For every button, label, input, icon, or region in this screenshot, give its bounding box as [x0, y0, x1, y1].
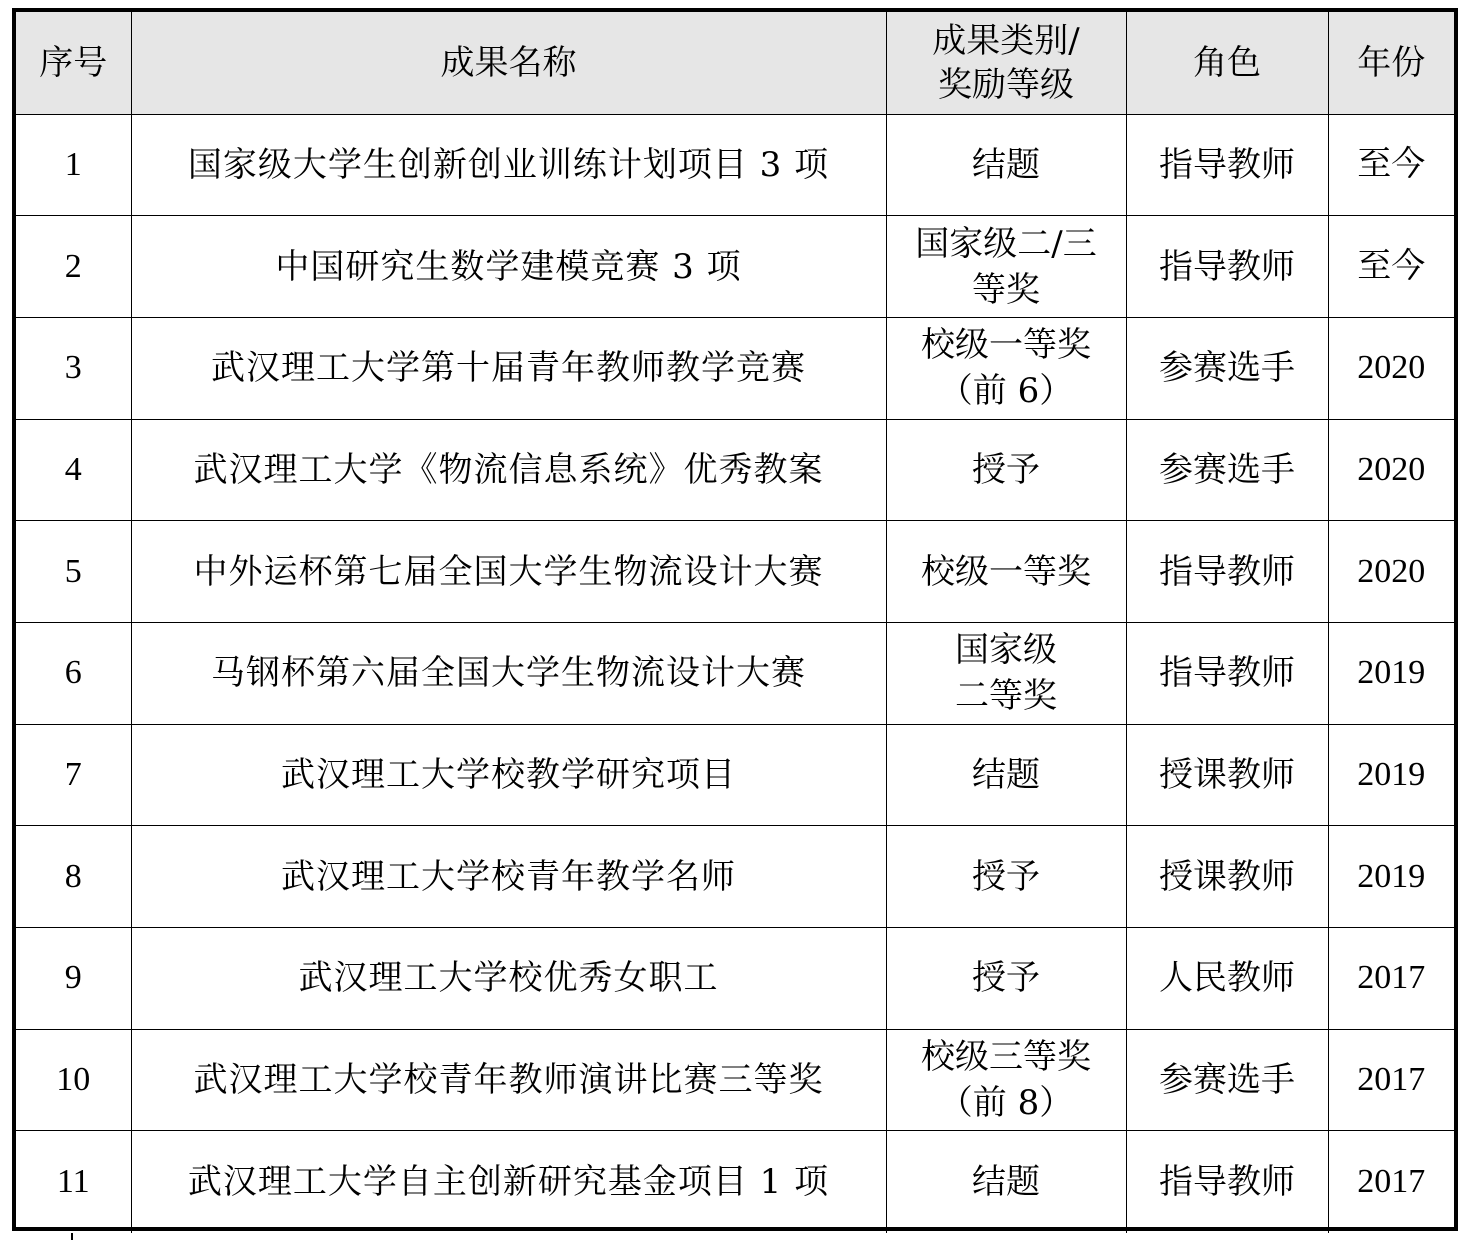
header-category-line1: 成果类别/	[891, 19, 1122, 63]
cell-year: 2020	[1328, 521, 1454, 623]
cell-year: 2019	[1328, 724, 1454, 826]
table-header-row: 序号 成果名称 成果类别/ 奖励等级 角色 年份	[16, 12, 1454, 114]
cell-name: 中外运杯第七届全国大学生物流设计大赛	[131, 521, 886, 623]
header-category-line2: 奖励等级	[891, 63, 1122, 107]
category-line: 校级一等奖	[891, 549, 1122, 595]
category-line: 等奖	[891, 267, 1122, 313]
cell-name: 武汉理工大学自主创新研究基金项目 1 项	[131, 1131, 886, 1233]
page-mark	[71, 1233, 73, 1240]
category-line: 授予	[891, 955, 1122, 1001]
cell-category: 国家级二等奖	[886, 622, 1126, 724]
cell-category: 结题	[886, 724, 1126, 826]
table-row: 6 马钢杯第六届全国大学生物流设计大赛 国家级二等奖 指导教师 2019	[16, 622, 1454, 724]
cell-category: 授予	[886, 419, 1126, 521]
header-no: 序号	[16, 12, 131, 114]
category-line: 授予	[891, 447, 1122, 493]
cell-name: 武汉理工大学校优秀女职工	[131, 928, 886, 1030]
cell-category: 校级三等奖（前 8）	[886, 1029, 1126, 1131]
cell-year: 2017	[1328, 1131, 1454, 1233]
cell-year: 2017	[1328, 928, 1454, 1030]
cell-name: 武汉理工大学第十届青年教师教学竞赛	[131, 317, 886, 419]
cell-category: 授予	[886, 826, 1126, 928]
category-line: （前 8）	[891, 1080, 1122, 1126]
header-category: 成果类别/ 奖励等级	[886, 12, 1126, 114]
header-year: 年份	[1328, 12, 1454, 114]
cell-role: 参赛选手	[1126, 419, 1328, 521]
cell-name: 中国研究生数学建模竞赛 3 项	[131, 216, 886, 318]
table-row: 9 武汉理工大学校优秀女职工 授予 人民教师 2017	[16, 928, 1454, 1030]
cell-role: 指导教师	[1126, 521, 1328, 623]
cell-no: 6	[16, 622, 131, 724]
cell-role: 参赛选手	[1126, 1029, 1328, 1131]
cell-role: 参赛选手	[1126, 317, 1328, 419]
table-row: 5 中外运杯第七届全国大学生物流设计大赛 校级一等奖 指导教师 2020	[16, 521, 1454, 623]
cell-role: 指导教师	[1126, 114, 1328, 216]
table-row: 3 武汉理工大学第十届青年教师教学竞赛 校级一等奖（前 6） 参赛选手 2020	[16, 317, 1454, 419]
table-row: 10 武汉理工大学校青年教师演讲比赛三等奖 校级三等奖（前 8） 参赛选手 20…	[16, 1029, 1454, 1131]
cell-category: 国家级二/三等奖	[886, 216, 1126, 318]
cell-name: 武汉理工大学校青年教学名师	[131, 826, 886, 928]
cell-category: 校级一等奖	[886, 521, 1126, 623]
category-line: 二等奖	[891, 673, 1122, 719]
category-line: 结题	[891, 142, 1122, 188]
table-row: 4 武汉理工大学《物流信息系统》优秀教案 授予 参赛选手 2020	[16, 419, 1454, 521]
category-line: 校级三等奖	[891, 1034, 1122, 1080]
cell-name: 武汉理工大学《物流信息系统》优秀教案	[131, 419, 886, 521]
cell-no: 11	[16, 1131, 131, 1233]
cell-year: 2019	[1328, 826, 1454, 928]
cell-no: 5	[16, 521, 131, 623]
header-name: 成果名称	[131, 12, 886, 114]
cell-role: 指导教师	[1126, 622, 1328, 724]
cell-year: 2020	[1328, 419, 1454, 521]
cell-name: 马钢杯第六届全国大学生物流设计大赛	[131, 622, 886, 724]
cell-role: 授课教师	[1126, 724, 1328, 826]
table-row: 1 国家级大学生创新创业训练计划项目 3 项 结题 指导教师 至今	[16, 114, 1454, 216]
cell-category: 结题	[886, 1131, 1126, 1233]
category-line: 国家级	[891, 627, 1122, 673]
cell-no: 8	[16, 826, 131, 928]
cell-name: 国家级大学生创新创业训练计划项目 3 项	[131, 114, 886, 216]
cell-year: 2017	[1328, 1029, 1454, 1131]
cell-year: 2020	[1328, 317, 1454, 419]
cell-name: 武汉理工大学校青年教师演讲比赛三等奖	[131, 1029, 886, 1131]
category-line: 授予	[891, 854, 1122, 900]
cell-no: 7	[16, 724, 131, 826]
cell-role: 授课教师	[1126, 826, 1328, 928]
cell-no: 1	[16, 114, 131, 216]
cell-year: 至今	[1328, 114, 1454, 216]
cell-no: 9	[16, 928, 131, 1030]
table-row: 11 武汉理工大学自主创新研究基金项目 1 项 结题 指导教师 2017	[16, 1131, 1454, 1233]
category-line: 国家级二/三	[891, 221, 1122, 267]
table-row: 2 中国研究生数学建模竞赛 3 项 国家级二/三等奖 指导教师 至今	[16, 216, 1454, 318]
cell-no: 4	[16, 419, 131, 521]
cell-no: 2	[16, 216, 131, 318]
cell-category: 授予	[886, 928, 1126, 1030]
cell-year: 至今	[1328, 216, 1454, 318]
cell-category: 结题	[886, 114, 1126, 216]
category-line: 结题	[891, 1159, 1122, 1205]
table-row: 7 武汉理工大学校教学研究项目 结题 授课教师 2019	[16, 724, 1454, 826]
table-row: 8 武汉理工大学校青年教学名师 授予 授课教师 2019	[16, 826, 1454, 928]
header-role: 角色	[1126, 12, 1328, 114]
cell-no: 10	[16, 1029, 131, 1131]
category-line: 校级一等奖	[891, 322, 1122, 368]
cell-category: 校级一等奖（前 6）	[886, 317, 1126, 419]
cell-role: 指导教师	[1126, 1131, 1328, 1233]
cell-role: 指导教师	[1126, 216, 1328, 318]
cell-no: 3	[16, 317, 131, 419]
cell-name: 武汉理工大学校教学研究项目	[131, 724, 886, 826]
category-line: （前 6）	[891, 368, 1122, 414]
cell-role: 人民教师	[1126, 928, 1328, 1030]
awards-table-container: 序号 成果名称 成果类别/ 奖励等级 角色 年份 1 国家级大学生创新创业训练计…	[12, 8, 1458, 1231]
category-line: 结题	[891, 752, 1122, 798]
cell-year: 2019	[1328, 622, 1454, 724]
awards-table: 序号 成果名称 成果类别/ 奖励等级 角色 年份 1 国家级大学生创新创业训练计…	[16, 12, 1454, 1233]
